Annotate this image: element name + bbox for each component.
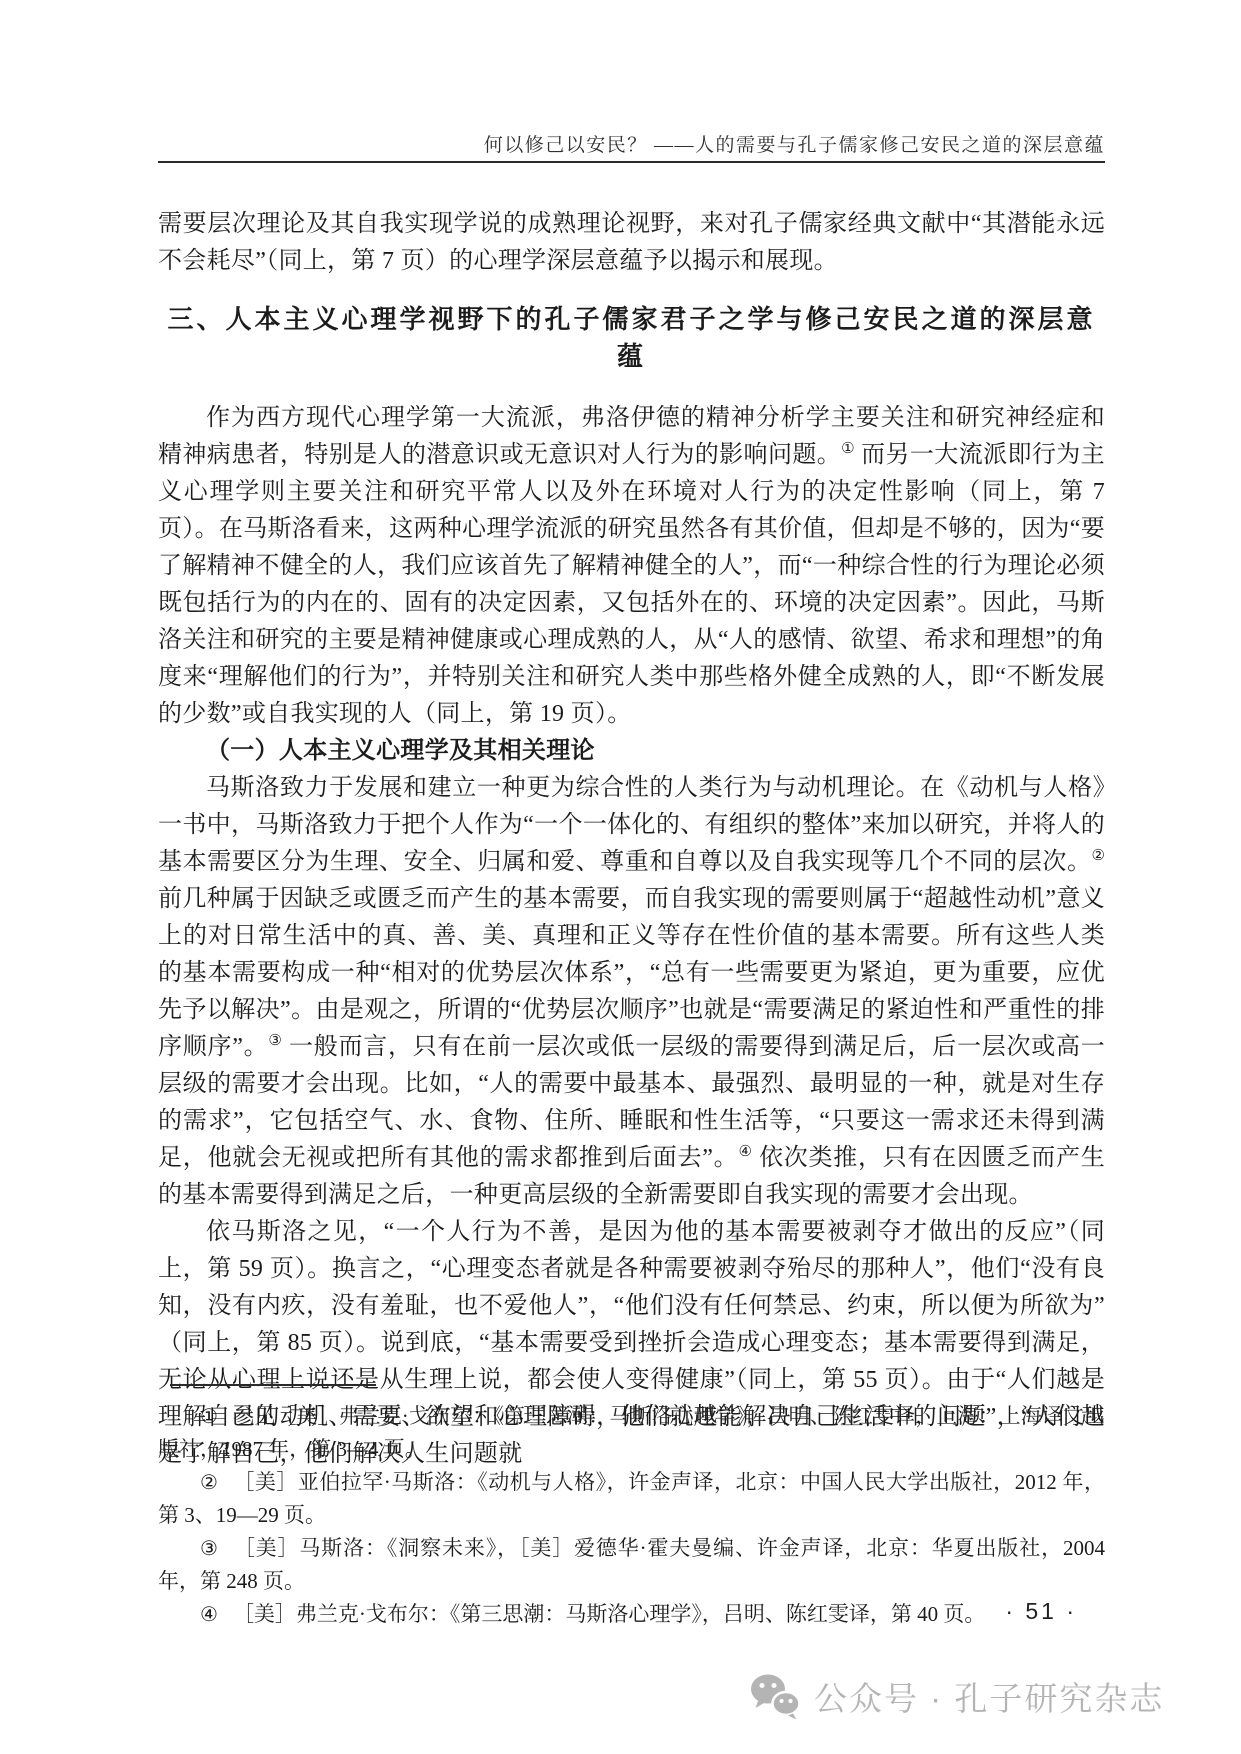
footnote-ref: ④ bbox=[738, 1142, 752, 1160]
article-body: 需要层次理论及其自我实现学说的成熟理论视野，来对孔子儒家经典文献中“其潜能永远不… bbox=[158, 206, 1105, 1473]
running-title: 何以修己以安民？ ——人的需要与孔子儒家修己安民之道的深层意蕴 bbox=[158, 130, 1105, 157]
paragraph: 马斯洛致力于发展和建立一种更为综合性的人类行为与动机理论。在《动机与人格》一书中… bbox=[158, 770, 1105, 1214]
footnote: ①参见［美］弗兰克·戈布尔：《第三思潮：马斯洛心理学》，吕明、陈红雯译，上海：上… bbox=[158, 1400, 1105, 1466]
footnote-marker: ④ bbox=[200, 1602, 218, 1626]
paragraph: 作为西方现代心理学第一大流派，弗洛伊德的精神分析学主要关注和研究神经症和精神病患… bbox=[158, 400, 1105, 733]
page-number: · 51 · bbox=[1005, 1598, 1077, 1625]
footnote: ③［美］马斯洛：《洞察未来》，［美］爱德华·霍夫曼编、许金声译，北京：华夏出版社… bbox=[158, 1532, 1105, 1598]
footnotes-list: ①参见［美］弗兰克·戈布尔：《第三思潮：马斯洛心理学》，吕明、陈红雯译，上海：上… bbox=[158, 1400, 1105, 1631]
footnote-separator bbox=[170, 1384, 376, 1386]
footnote-marker: ② bbox=[200, 1470, 218, 1494]
footnote: ④［美］弗兰克·戈布尔：《第三思潮：马斯洛心理学》，吕明、陈红雯译，第 40 页… bbox=[158, 1598, 1105, 1631]
footnote-marker: ③ bbox=[200, 1536, 219, 1560]
header-rule bbox=[158, 161, 1105, 163]
section-heading: 三、人本主义心理学视野下的孔子儒家君子之学与修己安民之道的深层意蕴 bbox=[158, 301, 1105, 375]
journal-page: 何以修己以安民？ ——人的需要与孔子儒家修己安民之道的深层意蕴 需要层次理论及其… bbox=[0, 0, 1241, 1754]
footnote: ②［美］亚伯拉罕·马斯洛：《动机与人格》，许金声译，北京：中国人民大学出版社，2… bbox=[158, 1466, 1105, 1532]
paragraph: 需要层次理论及其自我实现学说的成熟理论视野，来对孔子儒家经典文献中“其潜能永远不… bbox=[158, 206, 1105, 280]
subsection-heading: （一）人本主义心理学及其相关理论 bbox=[158, 733, 1105, 770]
footnote-ref: ② bbox=[1092, 846, 1105, 864]
footnote-marker: ① bbox=[200, 1404, 218, 1428]
footnote-ref: ③ bbox=[268, 1031, 282, 1049]
wechat-icon bbox=[748, 1672, 802, 1720]
footnote-ref: ① bbox=[841, 439, 855, 457]
watermark-label: 公众号 · 孔子研究杂志 bbox=[814, 1673, 1164, 1720]
watermark: 公众号 · 孔子研究杂志 bbox=[748, 1672, 1164, 1720]
